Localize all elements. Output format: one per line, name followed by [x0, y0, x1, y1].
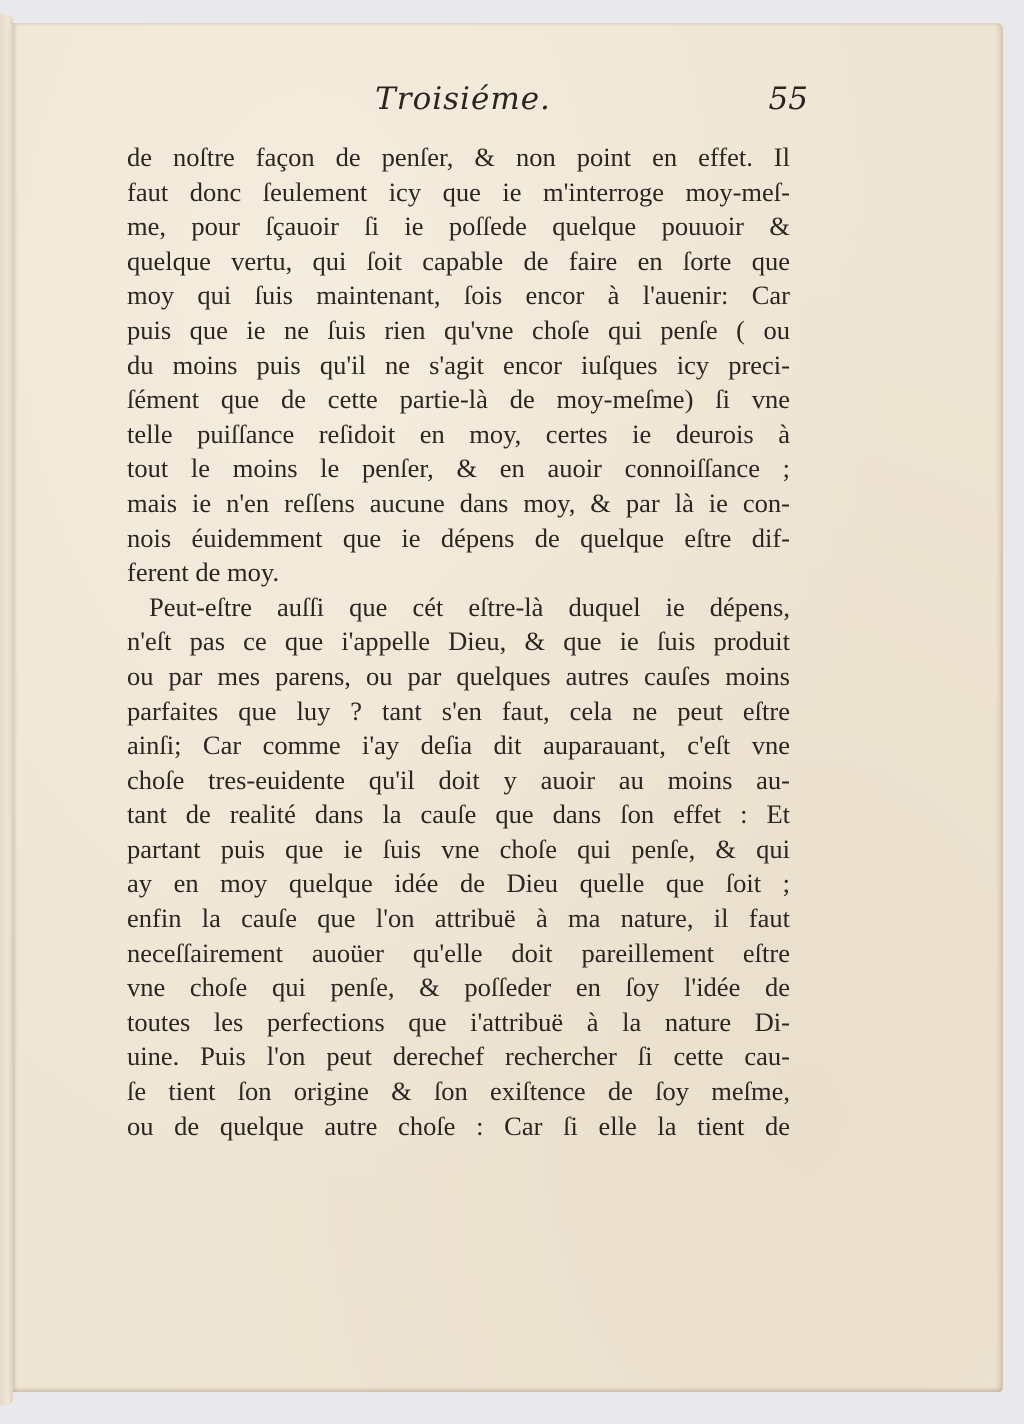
text-line: partant puis que ie ſuis vne choſe qui p… — [127, 832, 790, 867]
book-binding-edge — [0, 14, 13, 1406]
text-line: enfin la cauſe que l'on attribuë à ma na… — [127, 901, 790, 936]
text-line: faut donc ſeulement icy que ie m'interro… — [127, 175, 790, 210]
text-line: vne choſe qui penſe, & poſſeder en ſoy l… — [127, 970, 790, 1005]
text-line: neceſſairement auoüer qu'elle doit parei… — [127, 936, 790, 971]
text-line: puis que ie ne ſuis rien qu'vne choſe qu… — [127, 313, 790, 348]
text-line: ou de quelque autre choſe : Car ſi elle … — [127, 1109, 790, 1144]
book-page: Troisiéme. 55 de noſtre façon de penſer,… — [13, 23, 1003, 1392]
paragraph-1: de noſtre façon de penſer, & non point e… — [127, 140, 790, 590]
text-line: n'eſt pas ce que i'appelle Dieu, & que i… — [127, 624, 790, 659]
text-line: telle puiſſance reſidoit en moy, certes … — [127, 417, 790, 452]
text-line: du moins puis qu'il ne s'agit encor iuſq… — [127, 348, 790, 383]
text-line: uine. Puis l'on peut derechef rechercher… — [127, 1039, 790, 1074]
text-line: Peut-eſtre auſſi que cét eſtre-là duquel… — [127, 590, 790, 625]
text-line: tout le moins le penſer, & en auoir conn… — [127, 451, 790, 486]
text-line: choſe tres-euidente qu'il doit y auoir a… — [127, 763, 790, 798]
body-text: de noſtre façon de penſer, & non point e… — [127, 140, 790, 1143]
text-line: moy qui ſuis maintenant, ſois encor à l'… — [127, 278, 790, 313]
text-line: ferent de moy. — [127, 555, 790, 590]
text-line: mais ie n'en reſſens aucune dans moy, & … — [127, 486, 790, 521]
text-line: ſe tient ſon origine & ſon exiſtence de … — [127, 1074, 790, 1109]
text-line: ou par mes parens, ou par quelques autre… — [127, 659, 790, 694]
text-line: quelque vertu, qui ſoit capable de faire… — [127, 244, 790, 279]
page-number: 55 — [769, 81, 808, 117]
text-line: tant de realité dans la cauſe que dans ſ… — [127, 797, 790, 832]
text-line: me, pour ſçauoir ſi ie poſſede quelque p… — [127, 209, 790, 244]
text-line: parfaites que luy ? tant s'en faut, cela… — [127, 694, 790, 729]
text-line: ay en moy quelque idée de Dieu quelle qu… — [127, 866, 790, 901]
text-line: toutes les perfections que i'attribuë à … — [127, 1005, 790, 1040]
text-line: ainſi; Car comme i'ay deſia dit auparaua… — [127, 728, 790, 763]
text-line: ſément que de cette partie-là de moy-meſ… — [127, 382, 790, 417]
running-title: Troisiéme. — [123, 81, 803, 117]
text-line: de noſtre façon de penſer, & non point e… — [127, 140, 790, 175]
paragraph-2: Peut-eſtre auſſi que cét eſtre-là duquel… — [127, 590, 790, 1144]
text-line: nois éuidemment que ie dépens de quelque… — [127, 521, 790, 556]
page-header: Troisiéme. 55 — [123, 81, 803, 131]
